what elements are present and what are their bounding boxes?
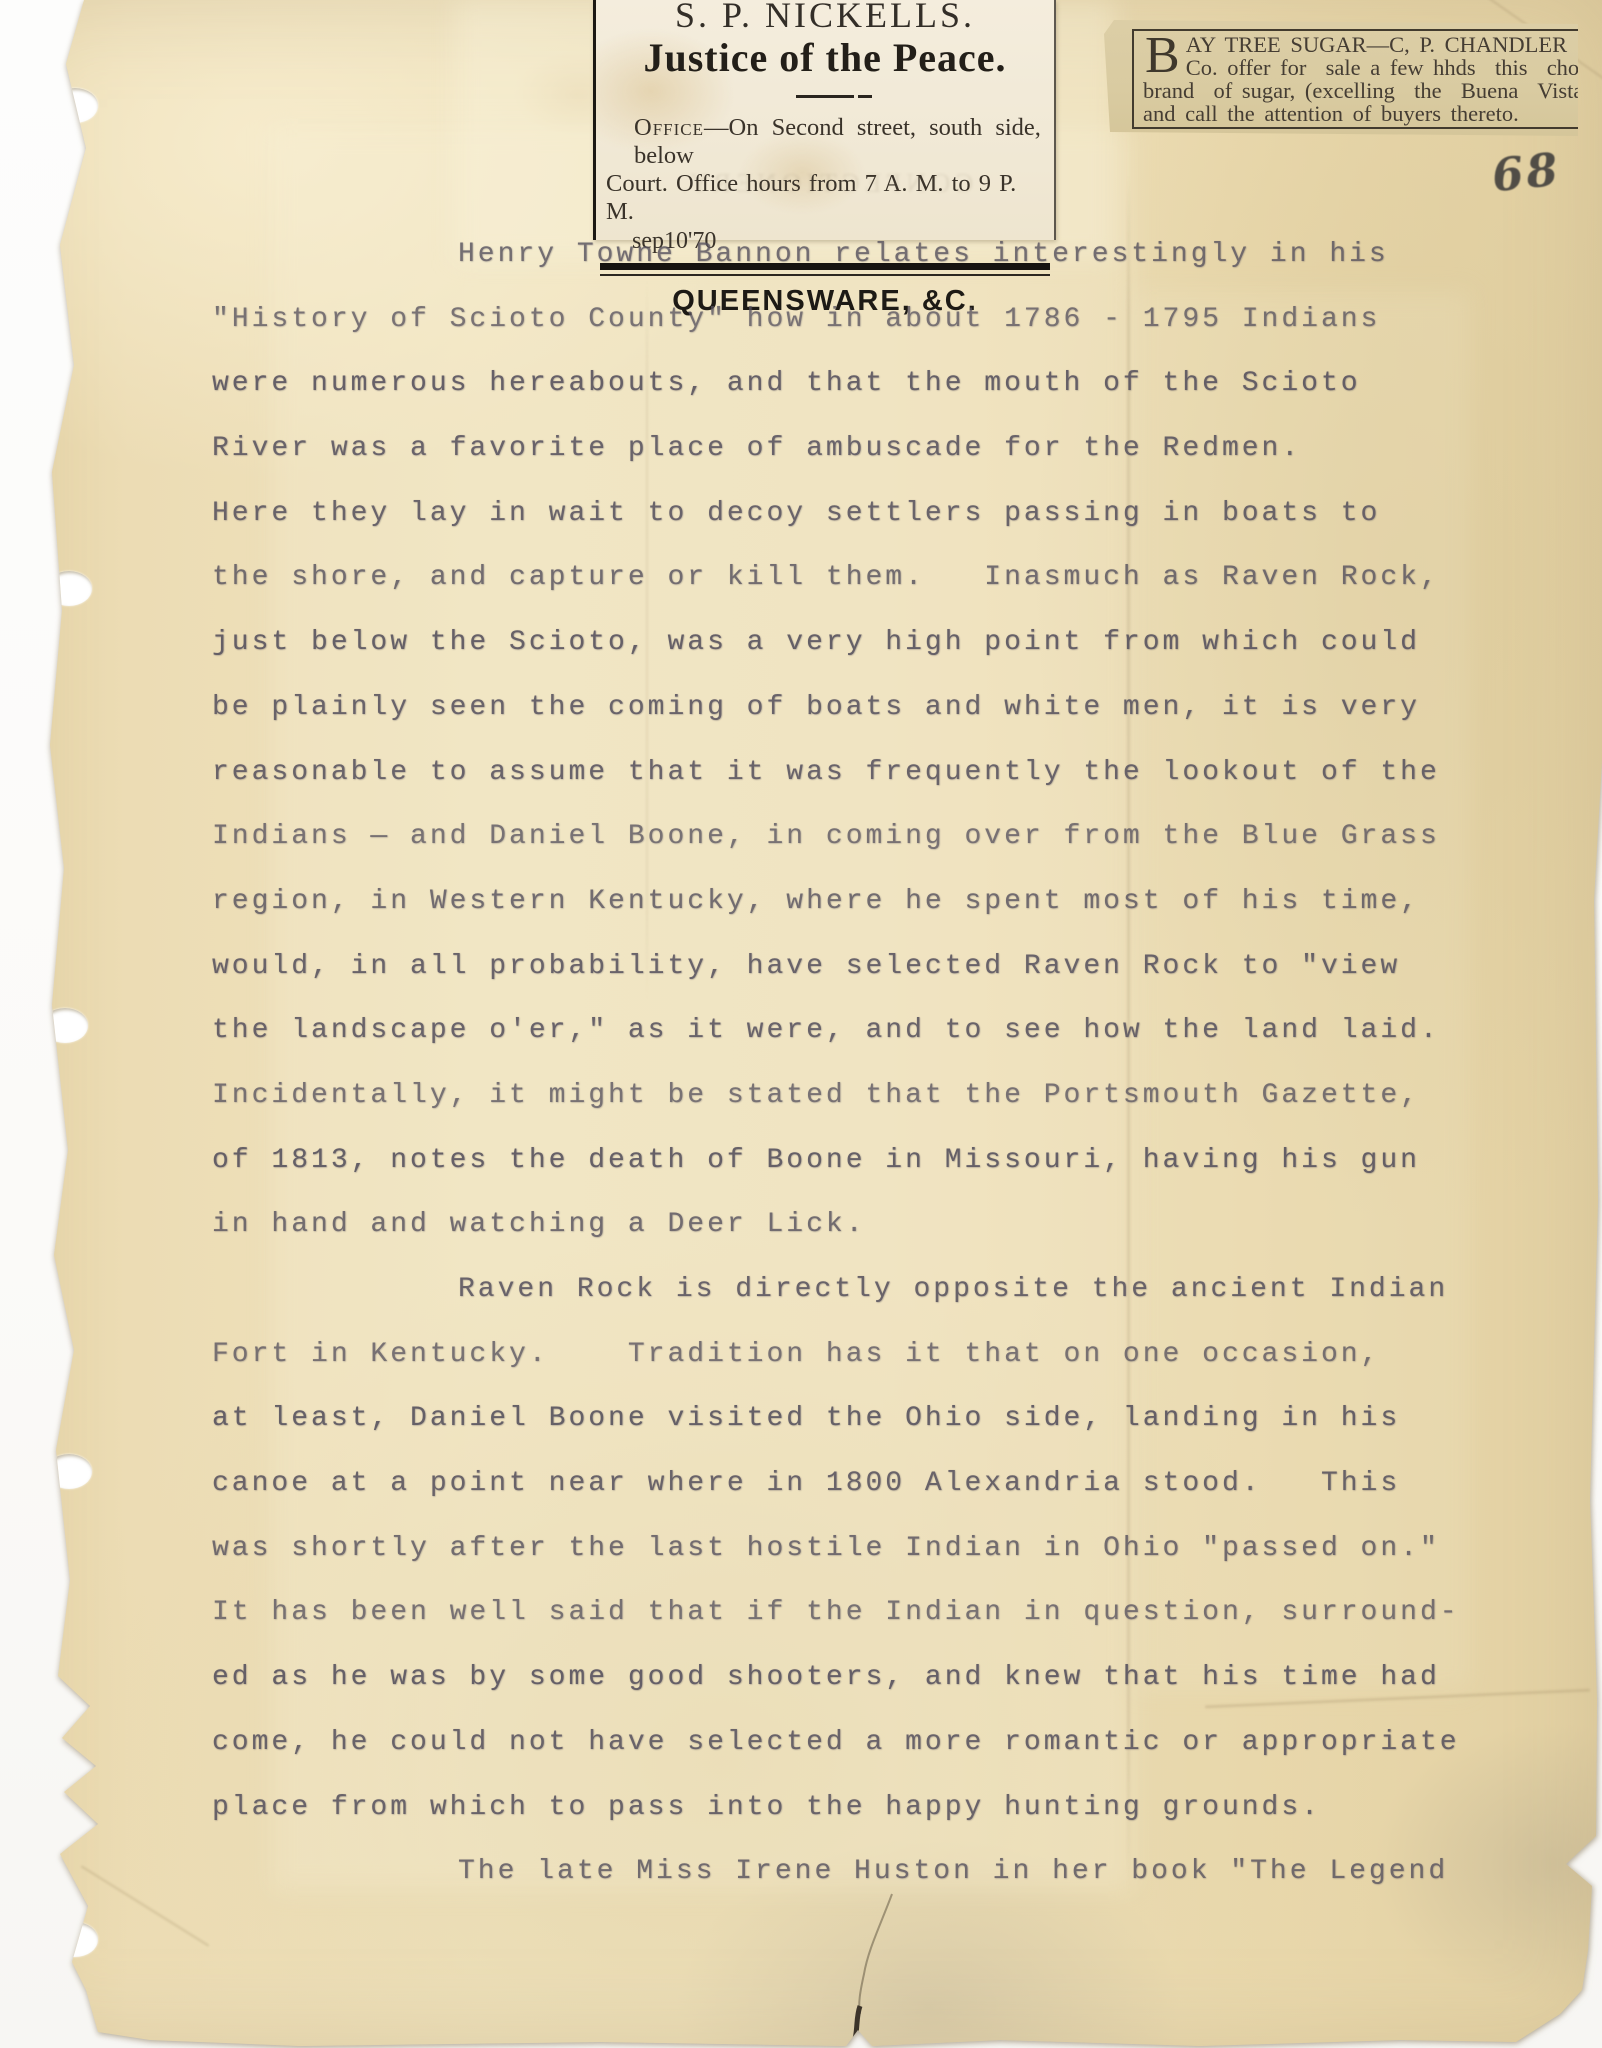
typed-line: Raven Rock is directly opposite the anci… [212, 1275, 1502, 1340]
typed-line: the shore, and capture or kill them. Ina… [212, 563, 1502, 628]
typed-line: region, in Western Kentucky, where he sp… [212, 887, 1502, 952]
typed-line: the landscape o'er," as it were, and to … [212, 1016, 1502, 1081]
typed-line: just below the Scioto, was a very high p… [212, 628, 1502, 693]
punch-hole [42, 1008, 88, 1043]
typed-line: River was a favorite place of ambuscade … [212, 434, 1502, 499]
clipping-baytree-border: B AY TREE SUGAR—C, P. CHANDLER Co. offer… [1132, 29, 1578, 129]
handwritten-page-number: 68 [1489, 143, 1563, 203]
typed-line: Incidentally, it might be stated that th… [212, 1081, 1502, 1146]
typed-line: in hand and watching a Deer Lick. [212, 1210, 1502, 1275]
typed-line: come, he could not have selected a more … [212, 1728, 1502, 1793]
typed-line: Henry Towne Bannon relates interestingly… [212, 240, 1502, 305]
paper-shadow: CONFECTIONERY. S. P. NICKELLS. Justice o… [0, 0, 1602, 2048]
typed-line: was shortly after the last hostile India… [212, 1534, 1502, 1599]
typed-line: "History of Scioto County" how in about … [212, 305, 1502, 370]
clipping-nickells: CONFECTIONERY. S. P. NICKELLS. Justice o… [593, 0, 1056, 240]
typed-line: be plainly seen the coming of boats and … [212, 693, 1502, 758]
typed-line: Here they lay in wait to decoy settlers … [212, 499, 1502, 564]
clipping-nickells-title: Justice of the Peace. [596, 34, 1054, 81]
scrapbook-page: CONFECTIONERY. S. P. NICKELLS. Justice o… [0, 0, 1602, 2048]
typed-line: would, in all probability, have selected… [212, 952, 1502, 1017]
typed-line: were numerous hereabouts, and that the m… [212, 369, 1502, 434]
typed-line: Indians — and Daniel Boone, in coming ov… [212, 822, 1502, 887]
typed-line: canoe at a point near where in 1800 Alex… [212, 1469, 1502, 1534]
punch-hole [46, 571, 92, 606]
baytree-date: apr28. [1143, 126, 1578, 129]
typed-line: place from which to pass into the happy … [212, 1793, 1502, 1858]
punch-hole [52, 88, 98, 123]
baytree-line3: brand of sugar, (excelling the Buena Vis… [1143, 79, 1578, 102]
clipping-nickells-name: S. P. NICKELLS. [596, 0, 1054, 36]
baytree-line4: and call the attention of buyers thereto… [1143, 102, 1578, 125]
clipping-baytree: B AY TREE SUGAR—C, P. CHANDLER Co. offer… [1104, 20, 1578, 136]
punch-hole [52, 1922, 98, 1957]
typed-line: at least, Daniel Boone visited the Ohio … [212, 1404, 1502, 1469]
baytree-line1: AY TREE SUGAR—C, P. CHANDLER [1143, 33, 1578, 56]
typed-line: of 1813, notes the death of Boone in Mis… [212, 1146, 1502, 1211]
drop-cap: B [1143, 33, 1186, 77]
typed-text-block: Henry Towne Bannon relates interestingly… [212, 240, 1502, 1922]
typed-line: ed as he was by some good shooters, and … [212, 1663, 1502, 1728]
paper-crease [81, 1865, 209, 1946]
punch-hole [46, 1454, 92, 1489]
typed-line: It has been well said that if the Indian… [212, 1598, 1502, 1663]
typed-line: Fort in Kentucky. Tradition has it that … [212, 1340, 1502, 1405]
office-label: Office [634, 114, 704, 141]
typed-line: reasonable to assume that it was frequen… [212, 758, 1502, 823]
ghost-showthrough-text: CONFECTIONERY. [596, 168, 1054, 199]
baytree-line2: Co. offer for sale a few hhds this choic [1143, 56, 1578, 79]
scan-canvas: CONFECTIONERY. S. P. NICKELLS. Justice o… [0, 0, 1602, 2048]
paper-tear [828, 1888, 938, 2048]
divider-rule [796, 95, 854, 98]
